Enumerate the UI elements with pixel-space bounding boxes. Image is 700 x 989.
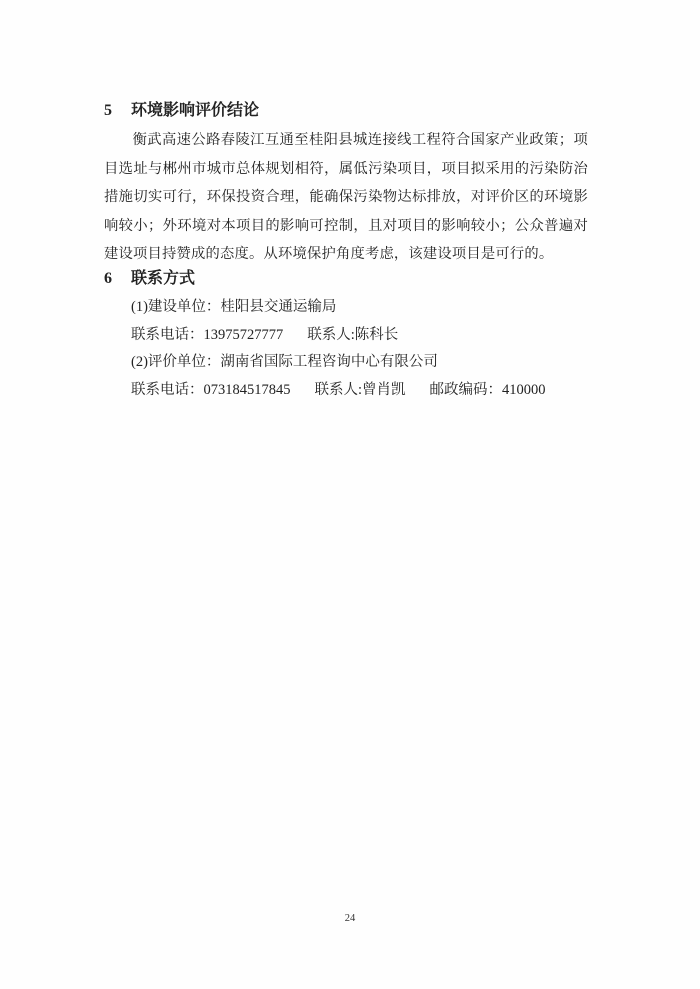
evaluation-unit-name: 湖南省国际工程咨询中心有限公司: [220, 354, 438, 370]
evaluation-unit-phone-line: 联系电话：073184517845联系人:曾肖凯邮政编码：410000: [131, 377, 591, 405]
construction-unit-phone: 13975727777: [204, 327, 284, 343]
document-page: 5环境影响评价结论 衡武高速公路春陵江互通至桂阳县城连接线工程符合国家产业政策；…: [0, 0, 700, 989]
contact-info-block: (1)建设单位：桂阳县交通运输局 联系电话：13975727777联系人:陈科长…: [131, 294, 591, 404]
contact-person-label: 联系人:: [315, 377, 363, 405]
construction-unit-phone-line: 联系电话：13975727777联系人:陈科长: [131, 322, 591, 350]
section-5-heading: 5环境影响评价结论: [104, 101, 588, 121]
construction-unit-label: (1)建设单位：: [131, 299, 220, 315]
phone-label: 联系电话：: [131, 327, 204, 343]
construction-unit-line: (1)建设单位：桂阳县交通运输局: [131, 294, 591, 322]
postal-code-value: 410000: [502, 382, 546, 398]
phone-label: 联系电话：: [131, 382, 204, 398]
section-5-number: 5: [104, 101, 112, 121]
conclusion-paragraph: 衡武高速公路春陵江互通至桂阳县城连接线工程符合国家产业政策；项目选址与郴州市城市…: [104, 126, 588, 269]
construction-unit-contact-person: 陈科长: [355, 327, 399, 343]
construction-unit-name: 桂阳县交通运输局: [220, 299, 336, 315]
contact-person-label: 联系人:: [307, 322, 355, 350]
evaluation-unit-label: (2)评价单位：: [131, 354, 220, 370]
section-6-number: 6: [104, 269, 112, 289]
evaluation-unit-phone: 073184517845: [204, 382, 291, 398]
section-6-heading: 6联系方式: [104, 269, 588, 289]
section-5-title: 环境影响评价结论: [131, 102, 259, 119]
section-6-title: 联系方式: [131, 270, 195, 287]
page-number: 24: [0, 913, 700, 924]
postal-code-label: 邮政编码：: [430, 377, 503, 405]
evaluation-unit-line: (2)评价单位：湖南省国际工程咨询中心有限公司: [131, 349, 591, 377]
evaluation-unit-contact-person: 曾肖凯: [362, 382, 406, 398]
